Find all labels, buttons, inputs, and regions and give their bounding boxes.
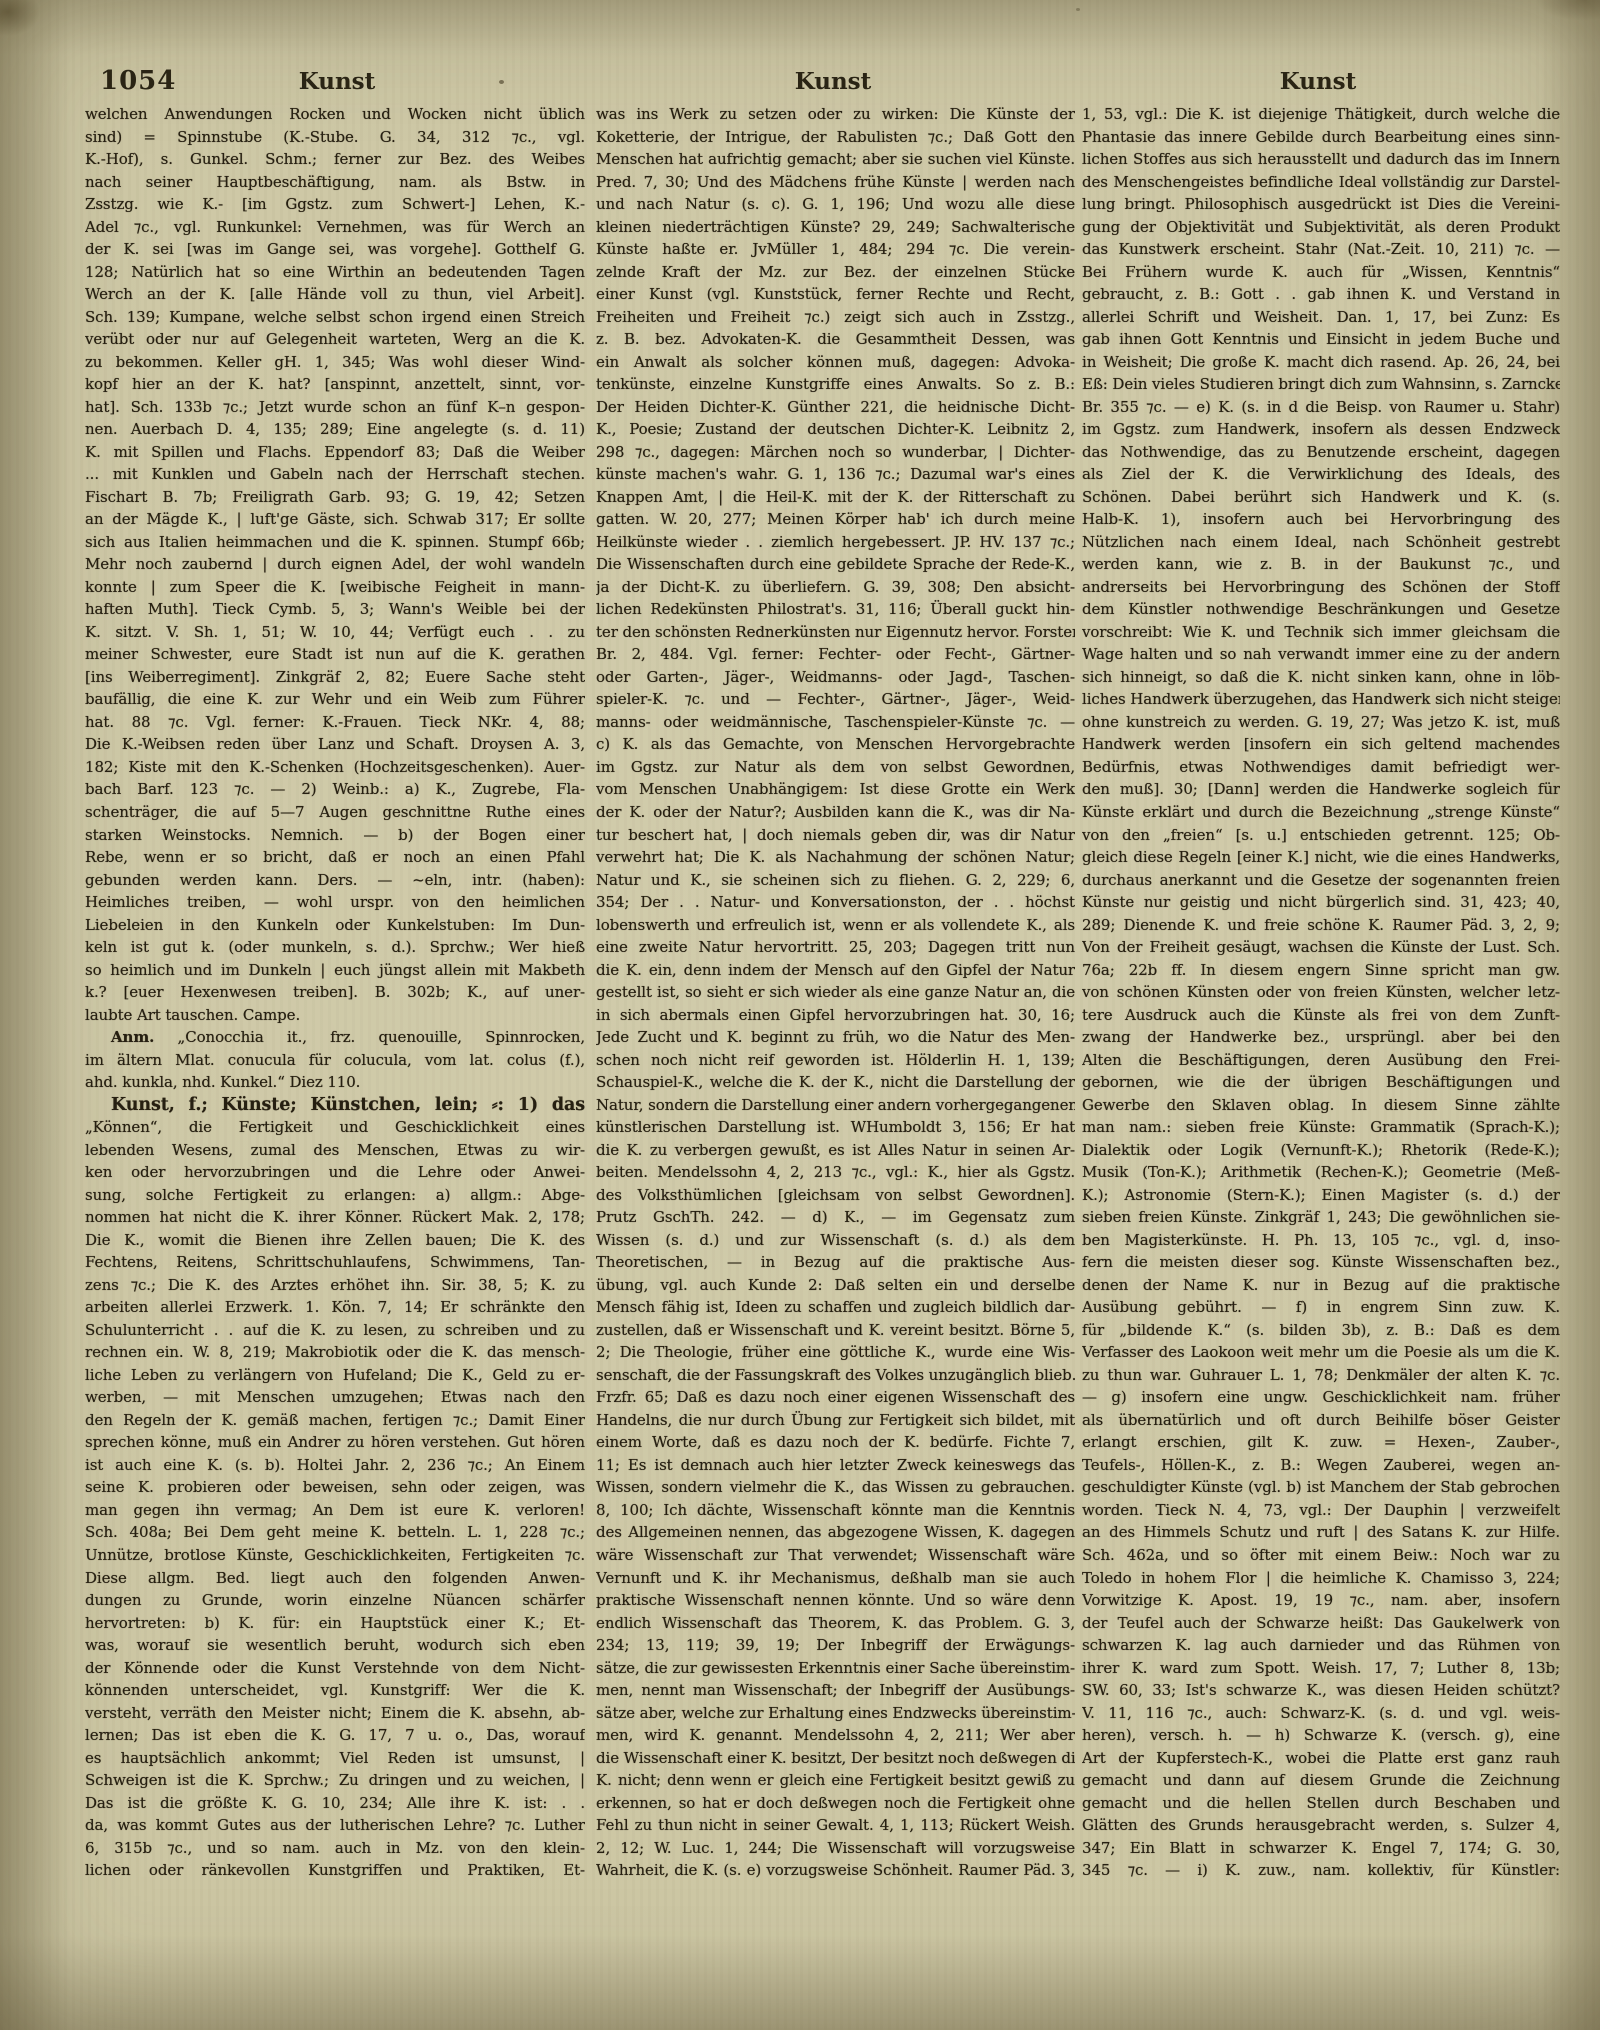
- text-line: gestellt ist, so sieht er sich wieder al…: [596, 981, 1075, 1004]
- text-line: 2; Die Theologie, früher eine göttliche …: [596, 1341, 1075, 1364]
- text-line: Art der Kupferstech-K., wobei die Platte…: [1082, 1747, 1560, 1770]
- text-line: z. B. bez. Advokaten-K. die Gesammtheit …: [596, 328, 1075, 351]
- text-column-1: welchen Anwendungen Rocken und Wocken ni…: [85, 103, 585, 1882]
- text-line: sung, solche Fertigkeit zu erlangen: a) …: [85, 1184, 585, 1207]
- text-line: — g) insofern eine ungw. Geschicklichkei…: [1082, 1386, 1560, 1409]
- text-line: bach Barf. 123 ⁊c. — 2) Weinb.: a) K., Z…: [85, 778, 585, 801]
- text-line: lichen Redekünsten Philostrat's. 31, 116…: [596, 598, 1075, 621]
- text-line: Gewerbe den Sklaven oblag. In diesem Sin…: [1082, 1094, 1560, 1117]
- text-line: Adel ⁊c., vgl. Runkunkel: Vernehmen, was…: [85, 216, 585, 239]
- text-line: Die Wissenschaften durch eine gebildete …: [596, 553, 1075, 576]
- text-line: Mehr noch zaubernd | durch eignen Adel, …: [85, 553, 585, 576]
- text-line: erkennen, so hat er doch deßwegen noch d…: [596, 1792, 1075, 1815]
- text-line: zu thun war. Guhrauer L. 1, 78; Denkmäle…: [1082, 1364, 1560, 1387]
- text-line: Rebe, wenn er so bricht, daß er noch an …: [85, 846, 585, 869]
- text-line: Werch an der K. [alle Hände voll zu thun…: [85, 283, 585, 306]
- text-line: an des Himmels Schutz und ruft | des Sat…: [1082, 1521, 1560, 1544]
- text-line: tenkünste, einzelne Kunstgriffe eines An…: [596, 373, 1075, 396]
- text-line: so heimlich und im Dunkeln | euch jüngst…: [85, 959, 585, 982]
- text-line: K., Poesie; Zustand der deutschen Dichte…: [596, 418, 1075, 441]
- text-line: 128; Natürlich hat so eine Wirthin an be…: [85, 261, 585, 284]
- text-line: sich aus Italien heimmachen und die K. s…: [85, 531, 585, 554]
- text-line: Zsstzg. wie K.- [im Ggstz. zum Schwert-]…: [85, 193, 585, 216]
- text-line: lung bringt. Philosophisch ausgedrückt i…: [1082, 193, 1560, 216]
- text-line: denen der Name K. nur in Bezug auf die p…: [1082, 1274, 1560, 1297]
- text-line: Ausübung gebührt. — f) in engrem Sinn zu…: [1082, 1296, 1560, 1319]
- text-line: lobenswerth und erfreulich ist, wenn er …: [596, 914, 1075, 937]
- text-line: Schulunterricht . . auf die K. zu lesen,…: [85, 1319, 585, 1342]
- text-line: worden. Tieck N. 4, 73, vgl.: Der Dauphi…: [1082, 1499, 1560, 1522]
- text-line: schenträger, die auf 5—7 Augen geschnitt…: [85, 801, 585, 824]
- text-line: die K. zu verbergen gewußt, es ist Alles…: [596, 1139, 1075, 1162]
- text-line: [ins Weiberregiment]. Zinkgräf 2, 82; Eu…: [85, 666, 585, 689]
- text-line: allerlei Schrift und Weisheit. Dan. 1, 1…: [1082, 306, 1560, 329]
- text-line: hat]. Sch. 133b ⁊c.; Jetzt wurde schon a…: [85, 396, 585, 419]
- text-line: künstlerischen Darstellung ist. WHumbold…: [596, 1116, 1075, 1139]
- text-line: ist auch eine K. (s. b). Holtei Jahr. 2,…: [85, 1454, 585, 1477]
- text-line: men, wird K. genannt. Mendelssohn 4, 2, …: [596, 1724, 1075, 1747]
- text-line: im Ggstz. zum Handwerk, insofern als des…: [1082, 418, 1560, 441]
- text-line: in Weisheit; Die große K. macht dich ras…: [1082, 351, 1560, 374]
- text-line: liche Leben zu verlängern von Hufeland; …: [85, 1364, 585, 1387]
- text-line: 182; Kiste mit den K.-Schenken (Hochzeit…: [85, 756, 585, 779]
- text-line: lebenden Wesens, zumal des Menschen, Etw…: [85, 1139, 585, 1162]
- text-line: 8, 100; Ich dächte, Wissenschaft könnte …: [596, 1499, 1075, 1522]
- text-line: K. sitzt. V. Sh. 1, 51; W. 10, 44; Verfü…: [85, 621, 585, 644]
- text-line: Phantasie das innere Gebilde durch Bearb…: [1082, 126, 1560, 149]
- text-line: K. nicht; denn wenn er gleich eine Ferti…: [596, 1769, 1075, 1792]
- text-line: Musik (Ton-K.); Arithmetik (Rechen-K.); …: [1082, 1161, 1560, 1184]
- text-line: „Können“, die Fertigkeit und Geschicklic…: [85, 1116, 585, 1139]
- running-title-column-2: Kunst: [733, 68, 933, 95]
- text-line: Die K.-Weibsen reden über Lanz und Schaf…: [85, 733, 585, 756]
- text-line: schen noch nicht reif geworden ist. Höld…: [596, 1049, 1075, 1072]
- text-line: ken oder hervorzubringen und die Lehre o…: [85, 1161, 585, 1184]
- text-line: 234; 13, 119; 39, 19; Der Inbegriff der …: [596, 1634, 1075, 1657]
- text-line: einer Kunst (vgl. Kunststück, ferner Rec…: [596, 283, 1075, 306]
- text-line: sprechen könne, muß ein Andrer zu hören …: [85, 1431, 585, 1454]
- text-line: 76a; 22b ff. In diesem engern Sinne spri…: [1082, 959, 1560, 982]
- text-line: Natur, sondern die Darstellung einer and…: [596, 1094, 1075, 1117]
- text-line: endlich Wissenschaft das Theorem, K. das…: [596, 1612, 1075, 1635]
- text-line: Handwerk werden [insofern ein sich gelte…: [1082, 733, 1560, 756]
- text-line: gemacht und dann auf diesem Grunde die Z…: [1082, 1769, 1560, 1792]
- text-line: Fischart B. 7b; Freiligrath Garb. 93; G.…: [85, 486, 585, 509]
- text-line: Künste haßte er. JvMüller 1, 484; 294 ⁊c…: [596, 238, 1075, 261]
- text-line: zens ⁊c.; Die K. des Arztes erhöhet ihn.…: [85, 1274, 585, 1297]
- text-line: Die K., womit die Bienen ihre Zellen bau…: [85, 1229, 585, 1252]
- text-line: des Volksthümlichen [gleichsam von selbs…: [596, 1184, 1075, 1207]
- text-line: verübt oder nur auf Gelegenheit warteten…: [85, 328, 585, 351]
- text-line: 345 ⁊c. — i) K. zuw., nam. kollektiv, fü…: [1082, 1859, 1560, 1882]
- text-line: K.); Astronomie (Stern-K.); Einen Magist…: [1082, 1184, 1560, 1207]
- text-line: Schauspiel-K., welche die K. der K., nic…: [596, 1071, 1075, 1094]
- dictionary-page: 1054 Kunst Kunst Kunst welchen Anwendung…: [0, 0, 1600, 2030]
- text-line: starken Weinstocks. Nemnich. — b) der Bo…: [85, 824, 585, 847]
- text-line: Eß: Dein vieles Studieren bringt dich zu…: [1082, 373, 1560, 396]
- text-line: rechnen ein. W. 8, 219; Makrobiotik oder…: [85, 1341, 585, 1364]
- text-line: als übernatürlich und oft durch Beihilfe…: [1082, 1409, 1560, 1432]
- text-line: Br. 355 ⁊c. — e) K. (s. in d die Beisp. …: [1082, 396, 1560, 419]
- text-line: Frzfr. 65; Daß es dazu noch einer eigene…: [596, 1386, 1075, 1409]
- text-line: laubte Art tauschen. Campe.: [85, 1004, 585, 1027]
- text-line: hat. 88 ⁊c. Vgl. ferner: K.-Frauen. Tiec…: [85, 711, 585, 734]
- text-line: Wage halten und so nah verwandt immer ei…: [1082, 643, 1560, 666]
- text-line: sieben freien Künste. Zinkgräf 1, 243; D…: [1082, 1206, 1560, 1229]
- text-line: beiten. Mendelssohn 4, 2, 213 ⁊c., vgl.:…: [596, 1161, 1075, 1184]
- text-line: ... mit Kunklen und Gabeln nach der Herr…: [85, 463, 585, 486]
- text-line: Heimliches treiben, — wohl urspr. von de…: [85, 891, 585, 914]
- text-line: manns- oder weidmännische, Taschenspiele…: [596, 711, 1075, 734]
- text-line: was ins Werk zu setzen oder zu wirken: D…: [596, 103, 1075, 126]
- text-line: die K. ein, denn indem der Mensch auf de…: [596, 959, 1075, 982]
- text-line: oder Garten-, Jäger-, Weidmanns- oder Ja…: [596, 666, 1075, 689]
- text-line: kleinen niederträchtigen Künste? 29, 249…: [596, 216, 1075, 239]
- ink-speck: [1076, 8, 1080, 11]
- text-line: gleich diese Regeln [einer K.] nicht, wi…: [1082, 846, 1560, 869]
- text-line: Heilkünste wieder . . ziemlich hergebess…: [596, 531, 1075, 554]
- text-line: Handelns, die nur durch Übung zur Fertig…: [596, 1409, 1075, 1432]
- text-line: nommen hat nicht die K. ihrer Könner. Rü…: [85, 1206, 585, 1229]
- text-line: Knappen Amt, | die Heil-K. mit der K. de…: [596, 486, 1075, 509]
- text-line: der K. oder der Natur?; Ausbilden kann d…: [596, 801, 1075, 824]
- text-line: der Teufel auch der Schwarze heißt: Das …: [1082, 1612, 1560, 1635]
- text-line: von schönen Künsten oder von freien Küns…: [1082, 981, 1560, 1004]
- text-line: man gegen ihn vermag; An Dem ist eure K.…: [85, 1499, 585, 1522]
- text-column-2: was ins Werk zu setzen oder zu wirken: D…: [596, 103, 1075, 1882]
- text-line: Schönen. Dabei berührt sich Handwerk und…: [1082, 486, 1560, 509]
- text-line: Mensch fähig ist, Ideen zu schaffen und …: [596, 1296, 1075, 1319]
- text-line: 289; Dienende K. und freie schöne K. Rau…: [1082, 914, 1560, 937]
- text-line: sich hinneigt, so daß die K. nicht sinke…: [1082, 666, 1560, 689]
- text-line: da, was kommt Gutes aus der lutherischen…: [85, 1814, 585, 1837]
- text-line: Pred. 7, 30; Und des Mädchens frühe Küns…: [596, 171, 1075, 194]
- text-line: kopf hier an der K. hat? [anspinnt, anze…: [85, 373, 585, 396]
- text-line: 6, 315b ⁊c., und so nam. auch in Mz. von…: [85, 1837, 585, 1860]
- text-line: Halb-K. 1), insofern auch bei Hervorbrin…: [1082, 508, 1560, 531]
- text-line: des Menschengeistes befindliche Ideal vo…: [1082, 171, 1560, 194]
- text-line: Kunst, f.; Künste; Künstchen, lein; ⸗: 1…: [85, 1094, 585, 1117]
- text-line: sätze aber, welche zur Erhaltung eines E…: [596, 1702, 1075, 1725]
- text-line: versteht, verräth den Meister nicht; Ein…: [85, 1702, 585, 1725]
- text-line: Wissen (s. d.) und zur Wissenschaft (s. …: [596, 1229, 1075, 1252]
- text-line: des Allgemeinen nennen, das abgezogene W…: [596, 1521, 1075, 1544]
- text-line: werben, — mit Menschen umzugehen; Etwas …: [85, 1386, 585, 1409]
- text-line: ihrer K. ward zum Spott. Weish. 17, 7; L…: [1082, 1657, 1560, 1680]
- text-line: ein Anwalt als solcher können muß, dageg…: [596, 351, 1075, 374]
- running-title-column-1: Kunst: [237, 68, 437, 95]
- text-line: in sich abermals einen Gipfel hervorzubr…: [596, 1004, 1075, 1027]
- text-line: ohne kunstreich zu werden. G. 19, 27; Wa…: [1082, 711, 1560, 734]
- text-line: eine zweite Natur hervortritt. 25, 203; …: [596, 936, 1075, 959]
- text-line: senschaft, die der Fassungskraft des Vol…: [596, 1364, 1075, 1387]
- text-line: Wahrheit, die K. (s. e) vorzugsweise Sch…: [596, 1859, 1075, 1882]
- text-line: vom Menschen Unabhängigem: Ist diese Gro…: [596, 778, 1075, 801]
- text-line: liches Handwerk überzugehen, das Handwer…: [1082, 688, 1560, 711]
- text-line: zu bekommen. Keller gH. 1, 345; Was wohl…: [85, 351, 585, 374]
- text-line: Von der Freiheit gesäugt, wachsen die Kü…: [1082, 936, 1560, 959]
- text-line: gatten. W. 20, 277; Meinen Körper hab' i…: [596, 508, 1075, 531]
- text-line: Br. 2, 484. Vgl. ferner: Fechter- oder F…: [596, 643, 1075, 666]
- text-line: Diese allgm. Bed. liegt auch den folgend…: [85, 1567, 585, 1590]
- text-line: im ältern Mlat. conucula für colucula, v…: [85, 1049, 585, 1072]
- text-line: welchen Anwendungen Rocken und Wocken ni…: [85, 103, 585, 126]
- text-line: künste machen's wahr. G. 1, 136 ⁊c.; Daz…: [596, 463, 1075, 486]
- text-line: könnenden unterscheidet, vgl. Kunstgriff…: [85, 1679, 585, 1702]
- text-line: V. 11, 116 ⁊c., auch: Schwarz-K. (s. d. …: [1082, 1702, 1560, 1725]
- text-line: Koketterie, der Intrigue, der Rabulisten…: [596, 126, 1075, 149]
- text-line: praktische Wissenschaft nennen könnte. U…: [596, 1589, 1075, 1612]
- text-line: die Wissenschaft einer K. besitzt, Der b…: [596, 1747, 1075, 1770]
- text-line: sätze, die zur gewissesten Erkenntnis ei…: [596, 1657, 1075, 1680]
- text-line: Vernunft und K. ihr Mechanismus, deßhalb…: [596, 1567, 1075, 1590]
- text-line: Liebeleien in den Kunkeln oder Kunkelstu…: [85, 914, 585, 937]
- text-column-3: 1, 53, vgl.: Die K. ist diejenige Thätig…: [1082, 103, 1560, 1882]
- text-line: Künste nur geistig und nicht bürgerlich …: [1082, 891, 1560, 914]
- text-line: zelnde Kraft der Mz. zur Bez. der einzel…: [596, 261, 1075, 284]
- text-line: zustellen, daß er Wissenschaft und K. ve…: [596, 1319, 1075, 1342]
- text-line: ter den schönsten Rednerkünsten nur Eige…: [596, 621, 1075, 644]
- text-line: was, worauf sie wesentlich beruht, wodur…: [85, 1634, 585, 1657]
- text-line: schwarzen K. lag auch darnieder und das …: [1082, 1634, 1560, 1657]
- text-line: Bei Frühern wurde K. auch für „Wissen, K…: [1082, 261, 1560, 284]
- text-line: Toledo in hohem Flor | die heimliche K. …: [1082, 1567, 1560, 1590]
- text-line: K. mit Spillen und Flachs. Eppendorf 83;…: [85, 441, 585, 464]
- text-line: Sch. 462a, und so öfter mit einem Beiw.:…: [1082, 1544, 1560, 1567]
- page-number: 1054: [100, 66, 176, 96]
- text-line: tere Ausdruck auch die Künste als frei v…: [1082, 1004, 1560, 1027]
- text-line: ben Magisterkünste. H. Ph. 13, 105 ⁊c., …: [1082, 1229, 1560, 1252]
- text-line: durchaus anerkannt und die Gesetze der s…: [1082, 869, 1560, 892]
- text-line: nach seiner Hauptbeschäftigung, nam. als…: [85, 171, 585, 194]
- text-line: konnte | zum Speer die K. [weibische Fei…: [85, 576, 585, 599]
- text-line: Vorwitzige K. Apost. 19, 19 ⁊c., nam. ab…: [1082, 1589, 1560, 1612]
- text-line: ahd. kunkla, nhd. Kunkel.“ Diez 110.: [85, 1071, 585, 1094]
- text-line: baufällig, die eine K. zur Wehr und ein …: [85, 688, 585, 711]
- text-line: gebornen, wie die der übrigen Beschäftig…: [1082, 1071, 1560, 1094]
- text-line: gung der Objektivität und Subjektivität,…: [1082, 216, 1560, 239]
- text-line: an der Mägde K., | luft'ge Gäste, sich. …: [85, 508, 585, 531]
- text-line: Prutz GschTh. 242. — d) K., — im Gegensa…: [596, 1206, 1075, 1229]
- text-line: für „bildende K.“ (s. bilden 3b), z. B.:…: [1082, 1319, 1560, 1342]
- text-line: Menschen hat aufrichtig gemacht; aber si…: [596, 148, 1075, 171]
- text-line: k.? [euer Hexenwesen treiben]. B. 302b; …: [85, 981, 585, 1004]
- text-line: geschuldigter Künste (vgl. b) ist Manche…: [1082, 1476, 1560, 1499]
- text-line: der Könnende oder die Kunst Verstehnde v…: [85, 1657, 585, 1680]
- text-line: Der Heiden Dichter-K. Günther 221, die h…: [596, 396, 1075, 419]
- text-line: gab ihnen Gott Kenntnis und Einsicht in …: [1082, 328, 1560, 351]
- text-line: Jede Zucht und K. beginnt zu früh, wo di…: [596, 1026, 1075, 1049]
- text-line: es hauptsächlich ankommt; Viel Reden ist…: [85, 1747, 585, 1770]
- text-line: werden kann, wie z. B. in der Baukunst ⁊…: [1082, 553, 1560, 576]
- text-line: heren), versch. h. — h) Schwarze K. (ver…: [1082, 1724, 1560, 1747]
- text-line: man nam.: sieben freie Künste: Grammatik…: [1082, 1116, 1560, 1139]
- text-line: Anm. „Conocchia it., frz. quenouille, Sp…: [85, 1026, 585, 1049]
- running-title-column-3: Kunst: [1218, 68, 1418, 95]
- text-line: 1, 53, vgl.: Die K. ist diejenige Thätig…: [1082, 103, 1560, 126]
- text-line: sind) = Spinnstube (K.-Stube. G. 34, 312…: [85, 126, 585, 149]
- text-line: den muß]. 30; [Dann] werden die Handwerk…: [1082, 778, 1560, 801]
- text-line: Freiheiten und Freiheit ⁊c.) zeigt sich …: [596, 306, 1075, 329]
- text-line: Glätten des Grunds herausgebracht werden…: [1082, 1814, 1560, 1837]
- text-line: c) K. als das Gemachte, von Menschen Her…: [596, 733, 1075, 756]
- text-line: Bedürfnis, etwas Nothwendiges damit befr…: [1082, 756, 1560, 779]
- text-line: 2, 12; W. Luc. 1, 244; Die Wissenschaft …: [596, 1837, 1075, 1860]
- text-line: lernen; Das ist eben die K. G. 17, 7 u. …: [85, 1724, 585, 1747]
- text-line: Sch. 408a; Bei Dem geht meine K. betteln…: [85, 1521, 585, 1544]
- text-line: dungen zu Grunde, worin einzelne Nüancen…: [85, 1589, 585, 1612]
- text-line: seine K. probieren oder beweisen, sehn o…: [85, 1476, 585, 1499]
- text-line: Künste erklärt und durch die Bezeichnung…: [1082, 801, 1560, 824]
- text-line: andrerseits bei Hervorbringung des Schön…: [1082, 576, 1560, 599]
- text-line: zwang der Handwerke bez., ursprüngl. abe…: [1082, 1026, 1560, 1049]
- text-line: Schweigen ist die K. Sprchw.; Zu dringen…: [85, 1769, 585, 1792]
- text-line: verwehrt hat; Die K. als Nachahmung der …: [596, 846, 1075, 869]
- text-line: Verfasser des Laokoon weit mehr um die P…: [1082, 1341, 1560, 1364]
- text-line: dem Künstler nothwendige Beschränkungen …: [1082, 598, 1560, 621]
- text-line: Fehl zu thun nicht in seiner Gewalt. 4, …: [596, 1814, 1075, 1837]
- text-line: das Kunstwerk erscheint. Stahr (Nat.-Zei…: [1082, 238, 1560, 261]
- text-line: gemacht und die hellen Stellen durch Bes…: [1082, 1792, 1560, 1815]
- text-line: gebraucht, z. B.: Gott . . gab ihnen K. …: [1082, 283, 1560, 306]
- text-line: Teufels-, Höllen-K., z. B.: Wegen Zauber…: [1082, 1454, 1560, 1477]
- text-line: ja der Dicht-K. zu überliefern. G. 39, 3…: [596, 576, 1075, 599]
- text-line: spieler-K. ⁊c. und — Fechter-, Gärtner-,…: [596, 688, 1075, 711]
- text-line: arbeiten allerlei Erzwerk. 1. Kön. 7, 14…: [85, 1296, 585, 1319]
- text-line: Das ist die größte K. G. 10, 234; Alle i…: [85, 1792, 585, 1815]
- ink-speck: [499, 80, 504, 84]
- text-line: 347; Ein Blatt in schwarzer K. Engel 7, …: [1082, 1837, 1560, 1860]
- text-line: Wissen, sondern vielmehr die K., das Wis…: [596, 1476, 1075, 1499]
- text-line: den Regeln der K. gemäß machen, fertigen…: [85, 1409, 585, 1432]
- text-line: übung, vgl. auch Kunde 2: Daß selten ein…: [596, 1274, 1075, 1297]
- text-line: haften Muth]. Tieck Cymb. 5, 3; Wann's W…: [85, 598, 585, 621]
- text-line: nen. Auerbach D. 4, 135; 289; Eine angel…: [85, 418, 585, 441]
- text-line: tur beschert hat, | doch niemals geben d…: [596, 824, 1075, 847]
- text-line: der K. sei [was im Gange sei, was vorgeh…: [85, 238, 585, 261]
- text-line: Dialektik oder Logik (Vernunft-K.); Rhet…: [1082, 1139, 1560, 1162]
- text-line: und nach Natur (s. c). G. 1, 196; Und wo…: [596, 193, 1075, 216]
- text-line: 354; Der . . Natur- und Konversationston…: [596, 891, 1075, 914]
- text-line: im Ggstz. zur Natur als dem von selbst G…: [596, 756, 1075, 779]
- text-line: keln ist gut k. (oder munkeln, s. d.). S…: [85, 936, 585, 959]
- text-line: einem Worte, daß es dazu noch der K. bed…: [596, 1431, 1075, 1454]
- text-line: lichen oder ränkevollen Kunstgriffen und…: [85, 1859, 585, 1882]
- text-line: 11; Es ist demnach auch hier letzter Zwe…: [596, 1454, 1075, 1477]
- text-line: lichen Stoffes aus sich herausstellt und…: [1082, 148, 1560, 171]
- text-line: SW. 60, 33; Ist's schwarze K., was diese…: [1082, 1679, 1560, 1702]
- text-line: Theoretischen, — in Bezug auf die prakti…: [596, 1251, 1075, 1274]
- text-line: als Ziel der K. die Verwirklichung des I…: [1082, 463, 1560, 486]
- text-line: Fechtens, Reitens, Schrittschuhlaufens, …: [85, 1251, 585, 1274]
- text-line: Nützlichen nach einem Ideal, nach Schönh…: [1082, 531, 1560, 554]
- text-line: Alten die Beschäftigungen, deren Ausübun…: [1082, 1049, 1560, 1072]
- text-line: fern die meisten dieser sog. Künste Wiss…: [1082, 1251, 1560, 1274]
- text-line: Natur und K., sie scheinen sich zu flieh…: [596, 869, 1075, 892]
- text-line: gebunden werden kann. Ders. — ~eln, intr…: [85, 869, 585, 892]
- text-line: Unnütze, brotlose Künste, Geschicklichke…: [85, 1544, 585, 1567]
- text-line: Sch. 139; Kumpane, welche selbst schon i…: [85, 306, 585, 329]
- text-line: wäre Wissenschaft zur That verwendet; Wi…: [596, 1544, 1075, 1567]
- text-line: hervortreten: b) K. für: ein Hauptstück …: [85, 1612, 585, 1635]
- text-line: vorschreibt: Wie K. und Technik sich imm…: [1082, 621, 1560, 644]
- text-line: 298 ⁊c., dagegen: Märchen noch so wunder…: [596, 441, 1075, 464]
- text-line: das Nothwendige, das zu Benutzende ersch…: [1082, 441, 1560, 464]
- text-line: men, nennt man Wissenschaft; der Inbegri…: [596, 1679, 1075, 1702]
- text-line: K.-Hof), s. Gunkel. Schm.; ferner zur Be…: [85, 148, 585, 171]
- text-line: von den „freien“ [s. u.] entschieden get…: [1082, 824, 1560, 847]
- text-line: meiner Schwester, eure Stadt ist nun auf…: [85, 643, 585, 666]
- text-line: erlangt erschien, gilt K. zuw. = Hexen-,…: [1082, 1431, 1560, 1454]
